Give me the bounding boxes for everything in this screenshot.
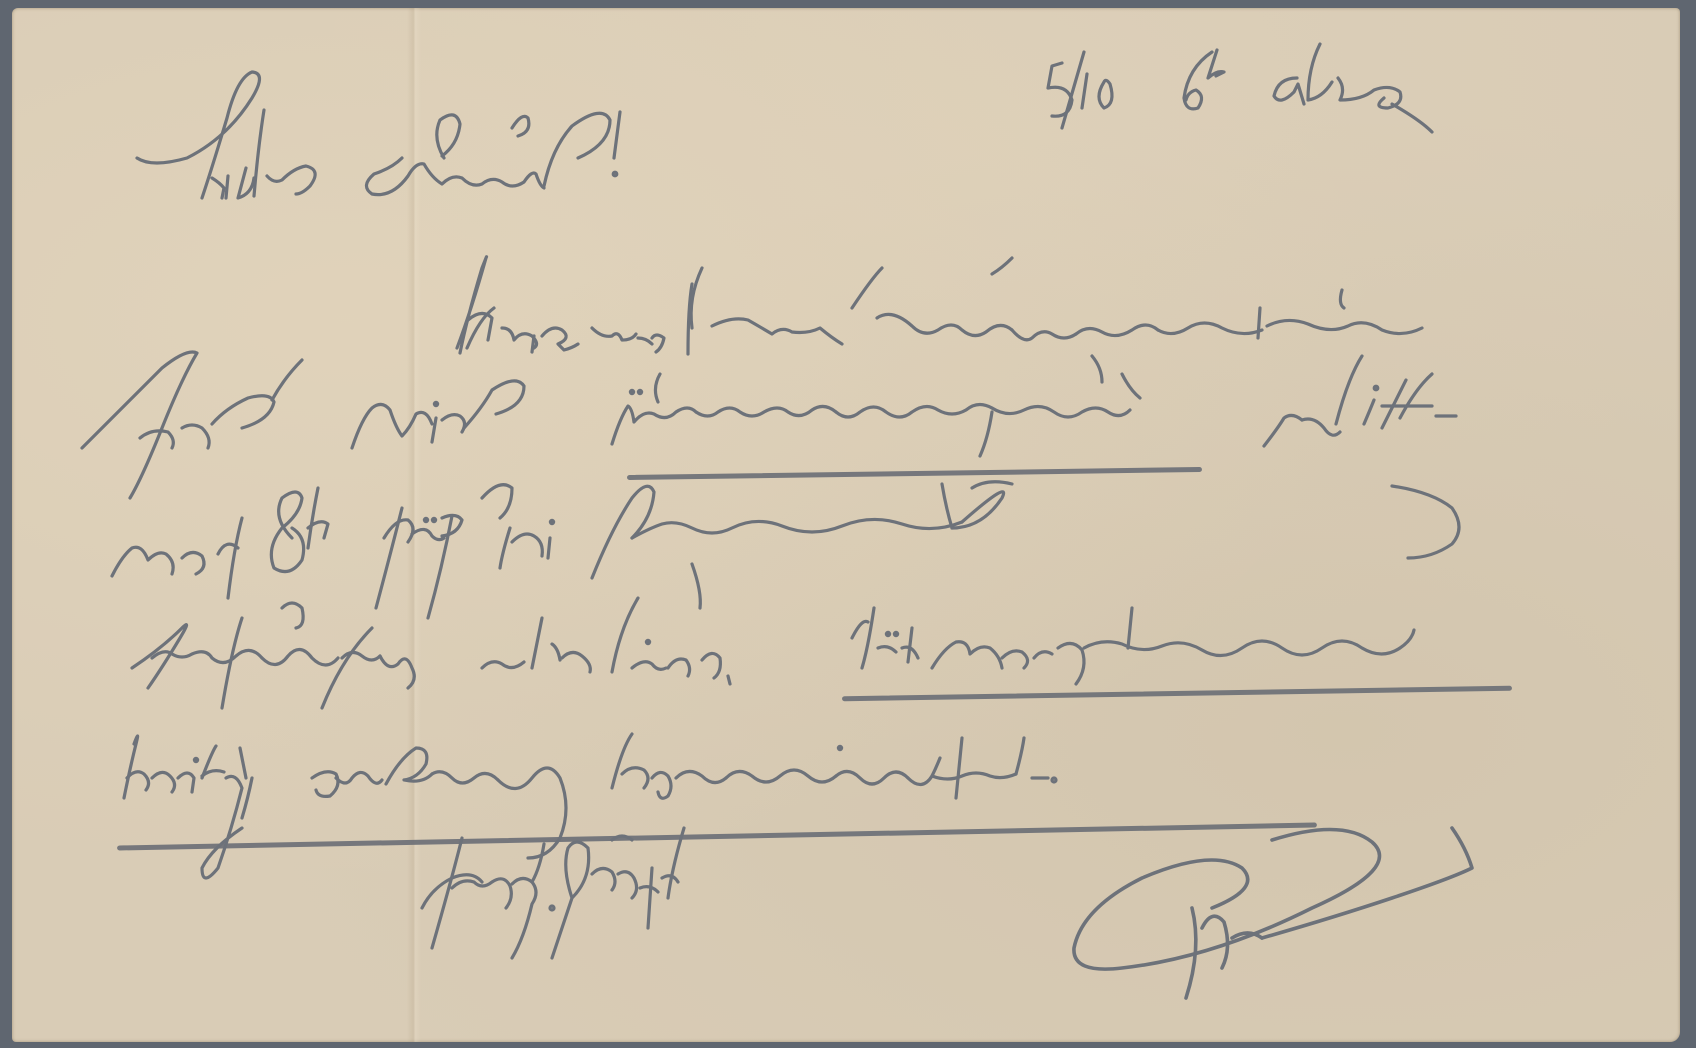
signature-strokes [1074,828,1472,998]
line2-strokes [82,308,1456,498]
postcard: 5/10 6h abds Lieber Freund! Ist mir ein … [12,8,1680,1042]
handwriting-strokes [12,8,1680,1042]
salutation-strokes [137,72,620,198]
date-strokes [1048,44,1432,132]
line3-strokes [112,482,1459,618]
line4-strokes [132,598,1414,708]
line1-strokes [457,257,1422,382]
